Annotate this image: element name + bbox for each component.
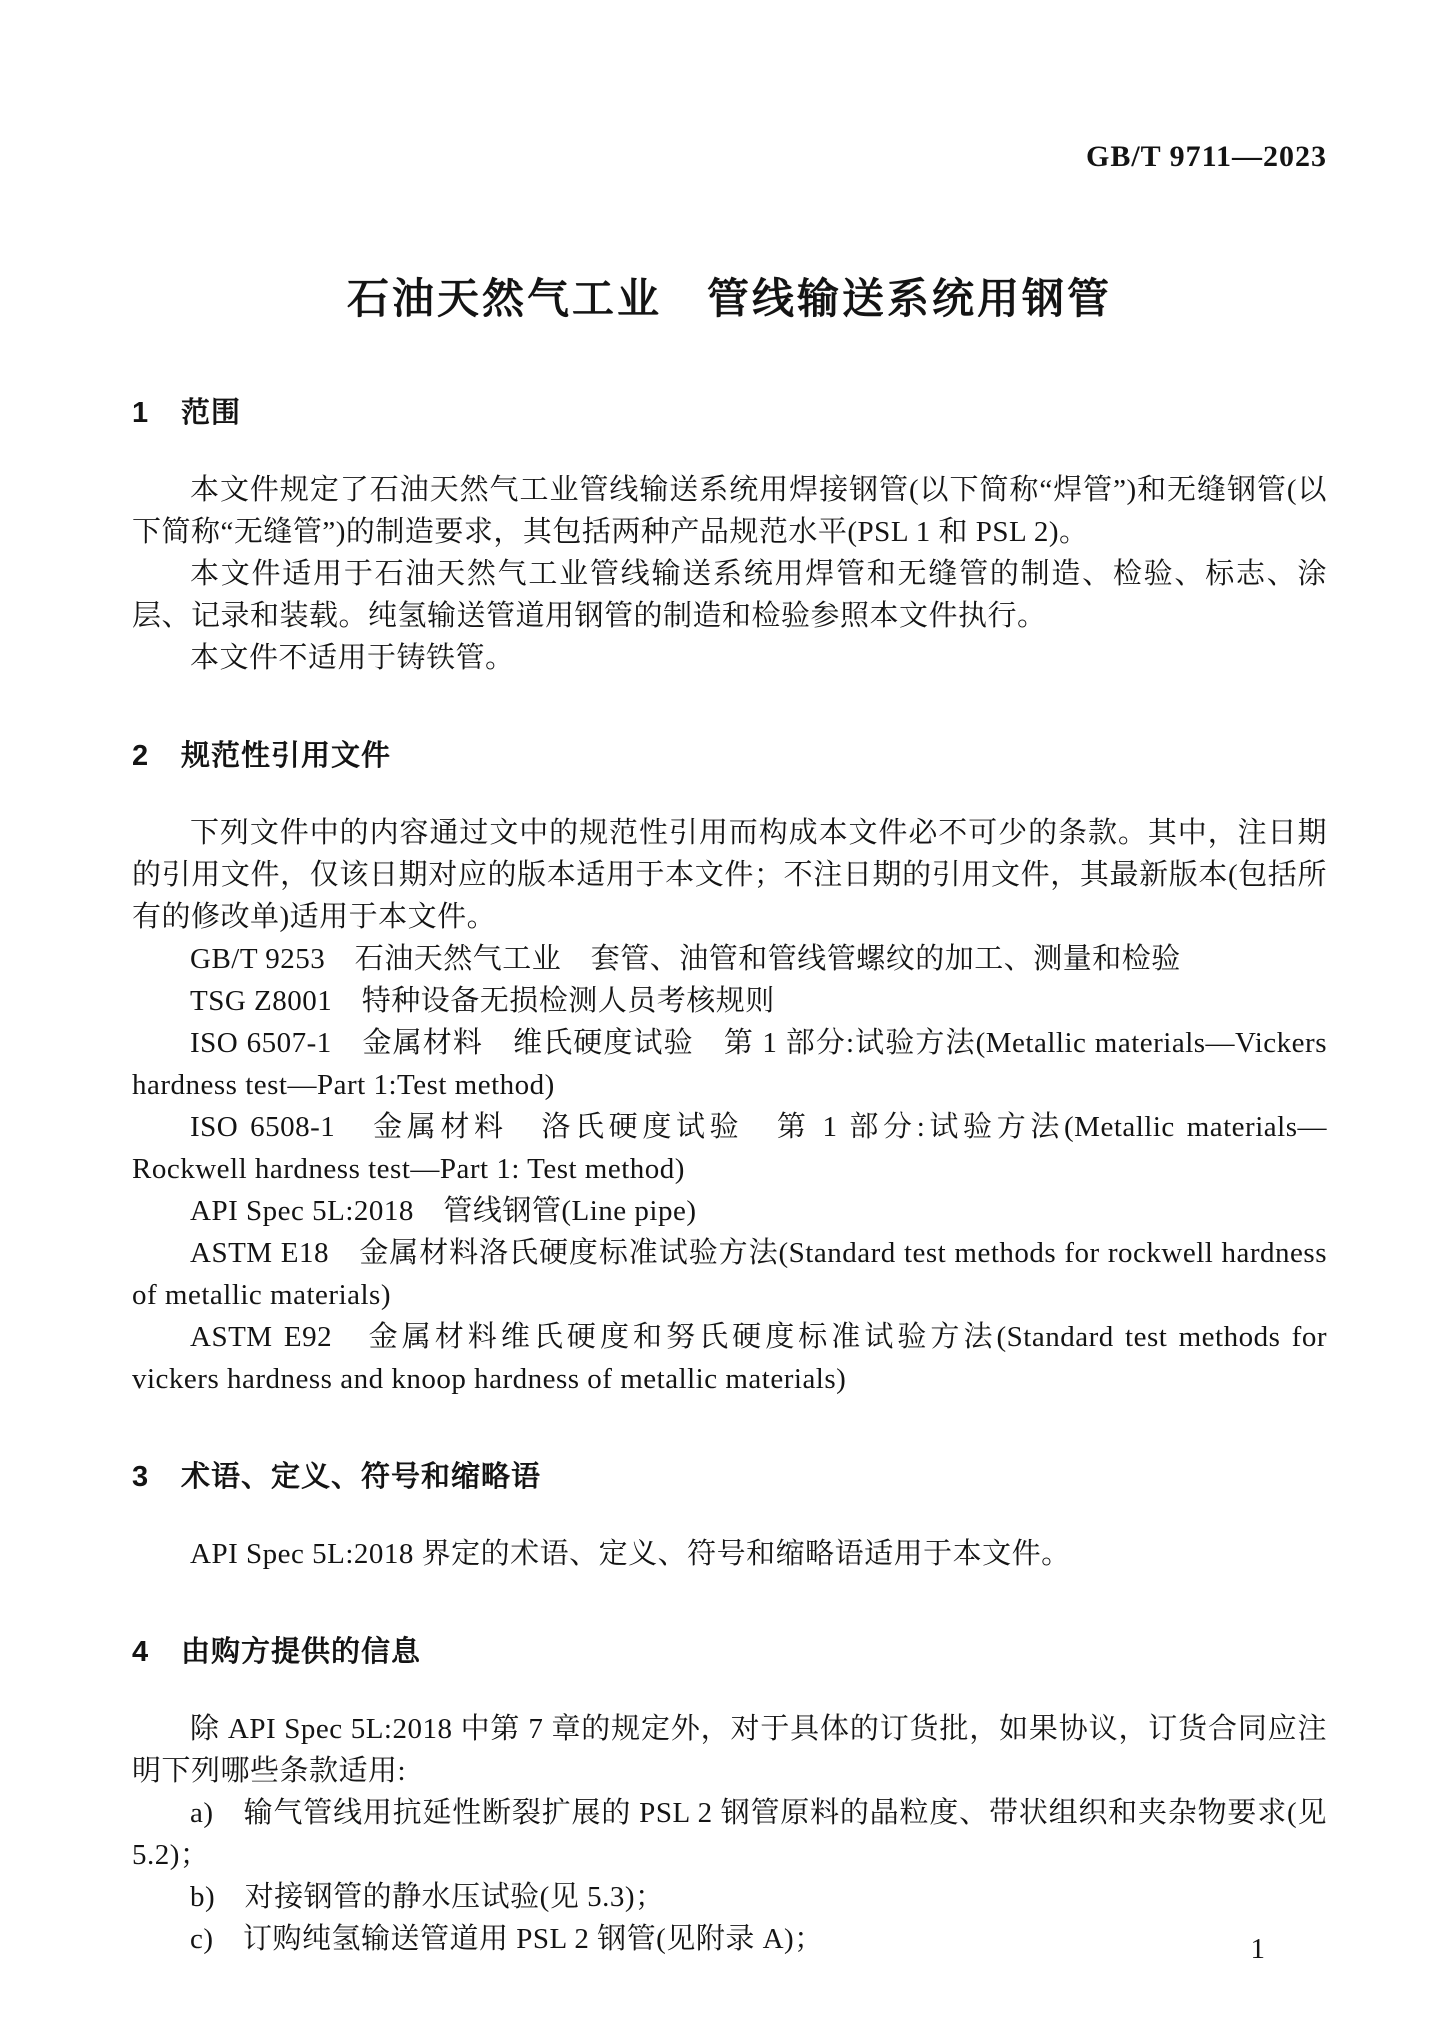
section-4-title: 由购方提供的信息	[181, 1636, 421, 1668]
section-1-heading: 1范围	[132, 390, 1327, 431]
section-4-heading: 4由购方提供的信息	[132, 1629, 1327, 1670]
purchaser-item-a: a) 输气管线用抗延性断裂扩展的 PSL 2 钢管原料的晶粒度、带状组织和夹杂物…	[132, 1792, 1327, 1876]
page-number: 1	[1251, 1933, 1266, 1966]
section-1-title: 范围	[181, 397, 241, 429]
reference-entry-iso6507-1: ISO 6507-1 金属材料 维氏硬度试验 第 1 部分:试验方法(Metal…	[132, 1022, 1327, 1106]
document-page: GB/T 9711—2023 石油天然气工业 管线输送系统用钢管 1范围 本文件…	[0, 0, 1445, 2044]
reference-entry-tsgz8001: TSG Z8001 特种设备无损检测人员考核规则	[132, 980, 1327, 1022]
reference-entry-astm-e92: ASTM E92 金属材料维氏硬度和努氏硬度标准试验方法(Standard te…	[132, 1316, 1327, 1400]
purchaser-item-c: c) 订购纯氢输送管道用 PSL 2 钢管(见附录 A)；	[132, 1918, 1327, 1960]
scope-paragraph-2: 本文件适用于石油天然气工业管线输送系统用焊管和无缝管的制造、检验、标志、涂层、记…	[132, 553, 1327, 637]
references-intro-paragraph: 下列文件中的内容通过文中的规范性引用而构成本文件必不可少的条款。其中，注日期的引…	[132, 812, 1327, 938]
section-terms-definitions: 3术语、定义、符号和缩略语 API Spec 5L:2018 界定的术语、定义、…	[132, 1454, 1327, 1575]
reference-entry-iso6508-1: ISO 6508-1 金属材料 洛氏硬度试验 第 1 部分:试验方法(Metal…	[132, 1106, 1327, 1190]
section-2-number: 2	[132, 740, 149, 773]
section-4-number: 4	[132, 1636, 149, 1669]
standard-number: GB/T 9711—2023	[132, 140, 1327, 174]
section-2-title: 规范性引用文件	[181, 740, 391, 772]
purchaser-item-b: b) 对接钢管的静水压试验(见 5.3)；	[132, 1876, 1327, 1918]
scope-paragraph-1: 本文件规定了石油天然气工业管线输送系统用焊接钢管(以下简称“焊管”)和无缝钢管(…	[132, 469, 1327, 553]
document-title: 石油天然气工业 管线输送系统用钢管	[132, 266, 1327, 326]
reference-entry-gbt9253: GB/T 9253 石油天然气工业 套管、油管和管线管螺纹的加工、测量和检验	[132, 938, 1327, 980]
section-2-heading: 2规范性引用文件	[132, 733, 1327, 774]
purchaser-intro-paragraph: 除 API Spec 5L:2018 中第 7 章的规定外，对于具体的订货批，如…	[132, 1708, 1327, 1792]
section-3-heading: 3术语、定义、符号和缩略语	[132, 1454, 1327, 1495]
section-normative-references: 2规范性引用文件 下列文件中的内容通过文中的规范性引用而构成本文件必不可少的条款…	[132, 733, 1327, 1400]
reference-entry-api-spec-5l: API Spec 5L:2018 管线钢管(Line pipe)	[132, 1190, 1327, 1232]
reference-entry-astm-e18: ASTM E18 金属材料洛氏硬度标准试验方法(Standard test me…	[132, 1232, 1327, 1316]
section-3-title: 术语、定义、符号和缩略语	[181, 1461, 541, 1493]
section-3-number: 3	[132, 1461, 149, 1494]
section-purchaser-information: 4由购方提供的信息 除 API Spec 5L:2018 中第 7 章的规定外，…	[132, 1629, 1327, 1960]
section-scope: 1范围 本文件规定了石油天然气工业管线输送系统用焊接钢管(以下简称“焊管”)和无…	[132, 390, 1327, 679]
scope-paragraph-3: 本文件不适用于铸铁管。	[132, 637, 1327, 679]
terms-paragraph: API Spec 5L:2018 界定的术语、定义、符号和缩略语适用于本文件。	[132, 1533, 1327, 1575]
section-1-number: 1	[132, 397, 149, 430]
